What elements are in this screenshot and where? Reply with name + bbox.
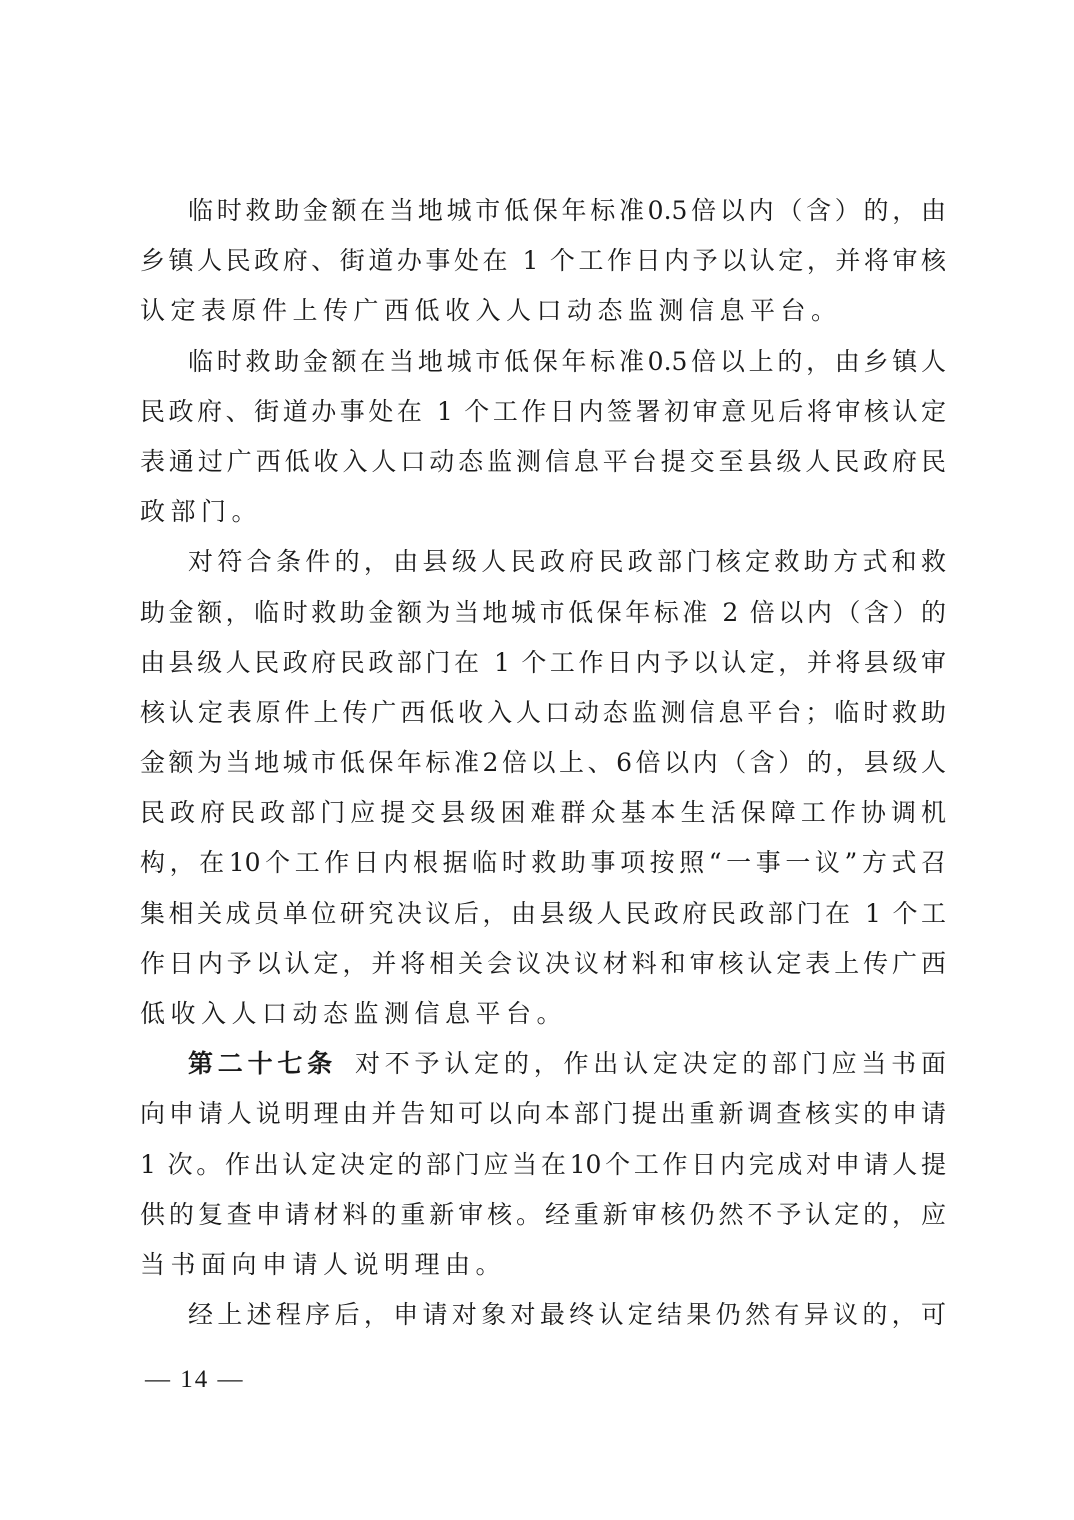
text-line: 作日内予以认定，并将相关会议决议材料和审核认定表上传广西	[140, 939, 946, 989]
text-line: 第二十七条对不予认定的，作出认定决定的部门应当书面	[140, 1039, 946, 1089]
text-line: 低收入人口动态监测信息平台。	[140, 989, 946, 1039]
text-line: 金额为当地城市低保年标准2倍以上、6倍以内（含）的，县级人	[140, 738, 946, 788]
paragraph: 临时救助金额在当地城市低保年标准0.5倍以上的，由乡镇人 民政府、街道办事处在 …	[140, 337, 946, 538]
text-line: 向申请人说明理由并告知可以向本部门提出重新调查核实的申请	[140, 1089, 946, 1139]
document-page: 临时救助金额在当地城市低保年标准0.5倍以内（含）的，由 乡镇人民政府、街道办事…	[140, 186, 946, 1340]
text-line: 构，在10个工作日内根据临时救助事项按照“一事一议”方式召	[140, 838, 946, 888]
article-text: 对不予认定的，作出认定决定的部门应当书面	[355, 1049, 946, 1078]
text-line: 乡镇人民政府、街道办事处在 1 个工作日内予以认定，并将审核	[140, 236, 946, 286]
paragraph: 对符合条件的，由县级人民政府民政部门核定救助方式和救 助金额，临时救助金额为当地…	[140, 537, 946, 1039]
text-line: 民政府、街道办事处在 1 个工作日内签署初审意见后将审核认定	[140, 387, 946, 437]
text-line: 表通过广西低收入人口动态监测信息平台提交至县级人民政府民	[140, 437, 946, 487]
text-line: 助金额，临时救助金额为当地城市低保年标准 2 倍以内（含）的	[140, 588, 946, 638]
article-heading: 第二十七条	[188, 1049, 337, 1078]
text-line: 核认定表原件上传广西低收入人口动态监测信息平台；临时救助	[140, 688, 946, 738]
text-line: 临时救助金额在当地城市低保年标准0.5倍以内（含）的，由	[140, 186, 946, 236]
paragraph: 临时救助金额在当地城市低保年标准0.5倍以内（含）的，由 乡镇人民政府、街道办事…	[140, 186, 946, 337]
text-line: 1 次。作出认定决定的部门应当在10个工作日内完成对申请人提	[140, 1140, 946, 1190]
text-line: 政部门。	[140, 487, 946, 537]
text-line: 由县级人民政府民政部门在 1 个工作日内予以认定，并将县级审	[140, 638, 946, 688]
text-line: 临时救助金额在当地城市低保年标准0.5倍以上的，由乡镇人	[140, 337, 946, 387]
text-line: 民政府民政部门应提交县级困难群众基本生活保障工作协调机	[140, 788, 946, 838]
article-paragraph: 第二十七条对不予认定的，作出认定决定的部门应当书面 向申请人说明理由并告知可以向…	[140, 1039, 946, 1290]
paragraph: 经上述程序后，申请对象对最终认定结果仍然有异议的，可	[140, 1290, 946, 1340]
text-line: 供的复查申请材料的重新审核。经重新审核仍然不予认定的，应	[140, 1190, 946, 1240]
text-line: 对符合条件的，由县级人民政府民政部门核定救助方式和救	[140, 537, 946, 587]
text-line: 经上述程序后，申请对象对最终认定结果仍然有异议的，可	[140, 1290, 946, 1340]
page-number: — 14 —	[145, 1366, 245, 1394]
text-line: 认定表原件上传广西低收入人口动态监测信息平台。	[140, 286, 946, 336]
text-line: 当书面向申请人说明理由。	[140, 1240, 946, 1290]
text-line: 集相关成员单位研究决议后，由县级人民政府民政部门在 1 个工	[140, 889, 946, 939]
